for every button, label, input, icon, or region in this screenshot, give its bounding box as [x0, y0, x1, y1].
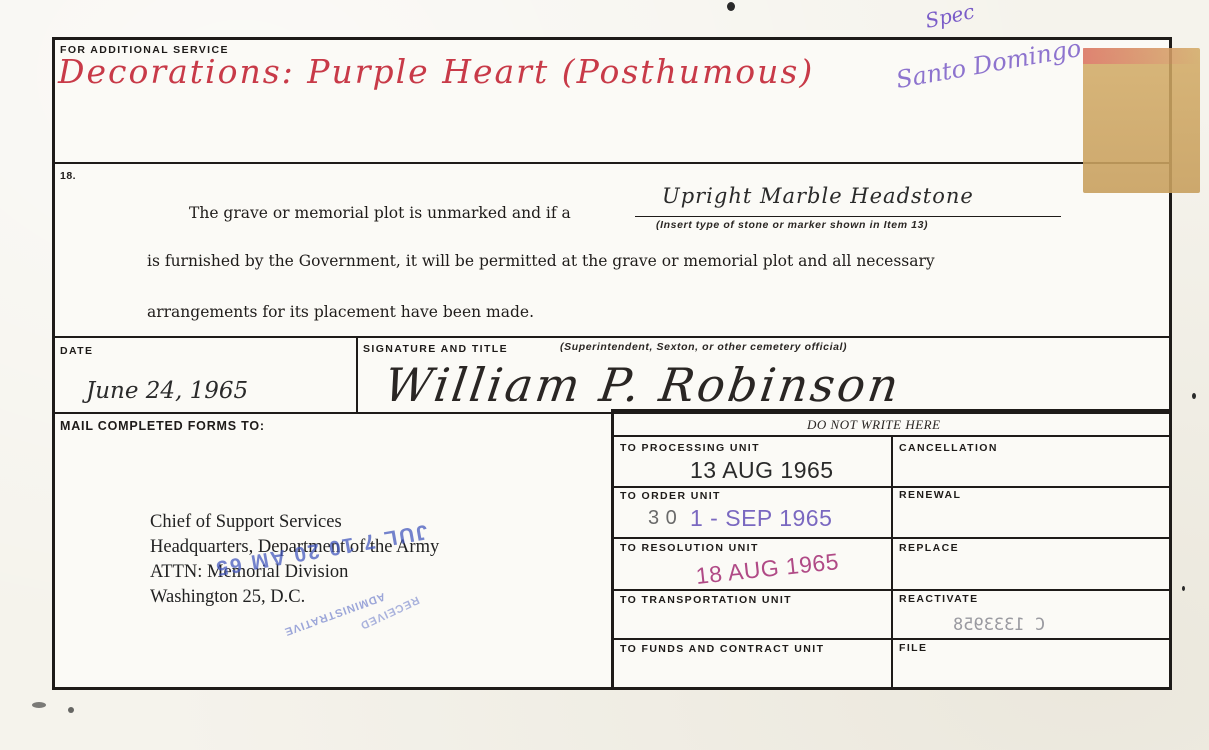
- date-label: DATE: [60, 345, 93, 357]
- reactivate-mirrored-number: C 1333958: [953, 615, 1045, 635]
- rule-below-item18: [54, 336, 1170, 338]
- office-right-label-replace: REPLACE: [899, 542, 959, 554]
- office-right-label-reactivate: REACTIVATE: [899, 593, 979, 605]
- item-18-line1: The grave or memorial plot is unmarked a…: [189, 204, 571, 222]
- signature-label-note: (Superintendent, Sexton, or other cemete…: [560, 341, 847, 353]
- stamp-order: 1 - SEP 1965: [690, 505, 832, 532]
- mail-to-label: MAIL COMPLETED FORMS TO:: [60, 419, 265, 433]
- divider-date-signature: [356, 337, 358, 413]
- stamp-order-prefix: 3 0: [648, 507, 677, 530]
- ink-speck: [68, 707, 74, 713]
- item-18-line3: arrangements for its placement have been…: [147, 303, 534, 321]
- office-left-label-order: TO ORDER UNIT: [620, 490, 721, 502]
- item-18-number: 18.: [60, 170, 76, 182]
- office-right-label-renewal: RENEWAL: [899, 489, 961, 501]
- ink-speck: [727, 2, 735, 11]
- stone-type-value[interactable]: Upright Marble Headstone: [662, 184, 974, 208]
- ink-speck: [1192, 393, 1196, 399]
- ink-speck: [32, 702, 46, 708]
- stone-type-caption: (Insert type of stone or marker shown in…: [656, 219, 928, 231]
- office-right-label-file: FILE: [899, 642, 927, 654]
- office-left-label-transportation: TO TRANSPORTATION UNIT: [620, 594, 792, 606]
- office-table-mid-divider: [891, 436, 893, 689]
- office-left-label-funds: TO FUNDS AND CONTRACT UNIT: [620, 643, 824, 655]
- item-18-line2: is furnished by the Government, it will …: [147, 252, 935, 270]
- ink-speck: [1182, 586, 1185, 591]
- stone-type-underline: [635, 216, 1061, 217]
- office-use-header: DO NOT WRITE HERE: [807, 417, 941, 433]
- tape-strip: [1083, 48, 1200, 193]
- signature-value[interactable]: William P. Robinson: [381, 358, 904, 412]
- office-right-label-cancellation: CANCELLATION: [899, 442, 998, 454]
- date-value[interactable]: June 24, 1965: [86, 378, 248, 404]
- signature-label: SIGNATURE AND TITLE: [363, 343, 508, 355]
- office-left-label-processing: TO PROCESSING UNIT: [620, 442, 760, 454]
- office-table-left-border: [611, 409, 614, 690]
- rule-below-additional-service: [54, 162, 1170, 164]
- office-left-label-resolution: TO RESOLUTION UNIT: [620, 542, 759, 554]
- additional-service-value[interactable]: Decorations: Purple Heart (Posthumous): [58, 52, 814, 91]
- stamp-processing: 13 AUG 1965: [690, 457, 834, 484]
